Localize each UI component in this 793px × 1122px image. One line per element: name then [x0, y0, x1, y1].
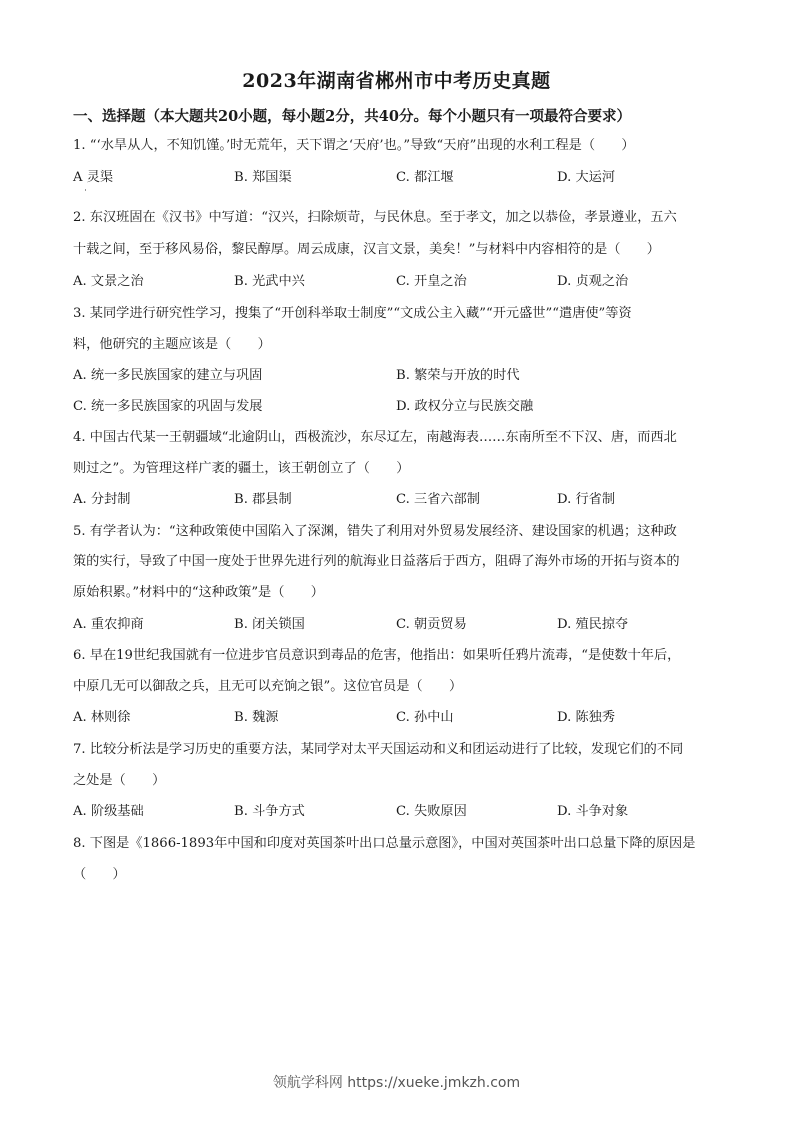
watermark-footer: 领航学科网 https://xueke.jmkzh.com: [0, 1072, 793, 1092]
question-2-option-d: D. 贞观之治: [557, 270, 628, 289]
question-1-option-a: A 灵渠: [73, 166, 113, 185]
question-4-option-c: C. 三省六部制: [396, 488, 480, 507]
question-4-line-2: 则过之”。为管理这样广袤的疆土，该王朝创立了（ ）: [73, 457, 409, 476]
question-2-option-b: B. 光武中兴: [234, 270, 305, 289]
question-5-option-c: C. 朝贡贸易: [396, 613, 467, 632]
question-2-option-a: A. 文景之治: [73, 270, 144, 289]
stray-mark: [85, 189, 86, 191]
question-5-option-b: B. 闭关锁国: [234, 613, 305, 632]
question-3-option-d: D. 政权分立与民族交融: [396, 395, 533, 414]
question-2-line-1: 2. 东汉班固在《汉书》中写道：“汉兴，扫除烦苛，与民休息。至于孝文，加之以恭俭…: [73, 206, 677, 225]
question-7-option-b: B. 斗争方式: [234, 800, 305, 819]
question-6-option-a: A. 林则徐: [73, 706, 130, 725]
question-5-line-1: 5. 有学者认为：“这种政策使中国陷入了深渊，错失了利用对外贸易发展经济、建设国…: [73, 520, 677, 539]
question-4-option-b: B. 郡县制: [234, 488, 292, 507]
question-4-option-d: D. 行省制: [557, 488, 615, 507]
question-6-option-d: D. 陈独秀: [557, 706, 615, 725]
question-1-line-1: 1. “‘水旱从人，不知饥馑。’时无荒年，天下谓之‘天府’也。”导致“天府”出现…: [73, 134, 635, 153]
question-3-line-1: 3. 某同学进行研究性学习，搜集了“开创科举取士制度”“文成公主入藏”“开元盛世…: [73, 302, 632, 321]
question-6-option-c: C. 孙中山: [396, 706, 454, 725]
question-7-line-2: 之处是（ ）: [73, 769, 165, 788]
question-5-line-3: 原始积累。”材料中的“这种政策”是（ ）: [73, 581, 324, 600]
question-4-option-a: A. 分封制: [73, 488, 130, 507]
section-heading: 一、选择题（本大题共20小题，每小题2分，共40分。每个小题只有一项最符合要求）: [73, 105, 631, 126]
question-5-option-d: D. 殖民掠夺: [557, 613, 628, 632]
question-7-option-d: D. 斗争对象: [557, 800, 628, 819]
question-6-option-b: B. 魏源: [234, 706, 278, 725]
question-3-option-b: B. 繁荣与开放的时代: [396, 364, 520, 383]
question-1-option-d: D. 大运河: [557, 166, 615, 185]
question-3-line-2: 料，他研究的主题应该是（ ）: [73, 333, 271, 352]
question-5-option-a: A. 重农抑商: [73, 613, 144, 632]
question-1-option-c: C. 都江堰: [396, 166, 454, 185]
question-2-option-c: C. 开皇之治: [396, 270, 467, 289]
question-4-line-1: 4. 中国古代某一王朝疆域“北逾阴山，西极流沙，东尽辽左，南越海表……东南所至不…: [73, 426, 677, 445]
question-8-line-2: （ ）: [73, 863, 126, 882]
question-8-line-1: 8. 下图是《1866-1893年中国和印度对英国茶叶出口总量示意图》，中国对英…: [73, 832, 695, 851]
question-7-option-a: A. 阶级基础: [73, 800, 144, 819]
question-6-line-1: 6. 早在19世纪我国就有一位进步官员意识到毒品的危害，他指出：如果听任鸦片流毒…: [73, 644, 680, 663]
document-title: 2023年湖南省郴州市中考历史真题: [0, 66, 793, 93]
question-7-option-c: C. 失败原因: [396, 800, 467, 819]
question-7-line-1: 7. 比较分析法是学习历史的重要方法，某同学对太平天国运动和义和团运动进行了比较…: [73, 738, 683, 757]
question-6-line-2: 中原几无可以御敌之兵，且无可以充饷之银”。这位官员是（ ）: [73, 675, 462, 694]
question-1-option-b: B. 郑国渠: [234, 166, 292, 185]
question-5-line-2: 策的实行，导致了中国一度处于世界先进行列的航海业日益落后于西方，阻碍了海外市场的…: [73, 550, 680, 569]
question-2-line-2: 十载之间，至于移风易俗，黎民醇厚。周云成康，汉言文景，美矣！”与材料中内容相符的…: [73, 238, 660, 257]
question-3-option-c: C. 统一多民族国家的巩固与发展: [73, 395, 262, 414]
exam-page: 2023年湖南省郴州市中考历史真题 一、选择题（本大题共20小题，每小题2分，共…: [0, 0, 793, 1122]
question-3-option-a: A. 统一多民族国家的建立与巩固: [73, 364, 262, 383]
